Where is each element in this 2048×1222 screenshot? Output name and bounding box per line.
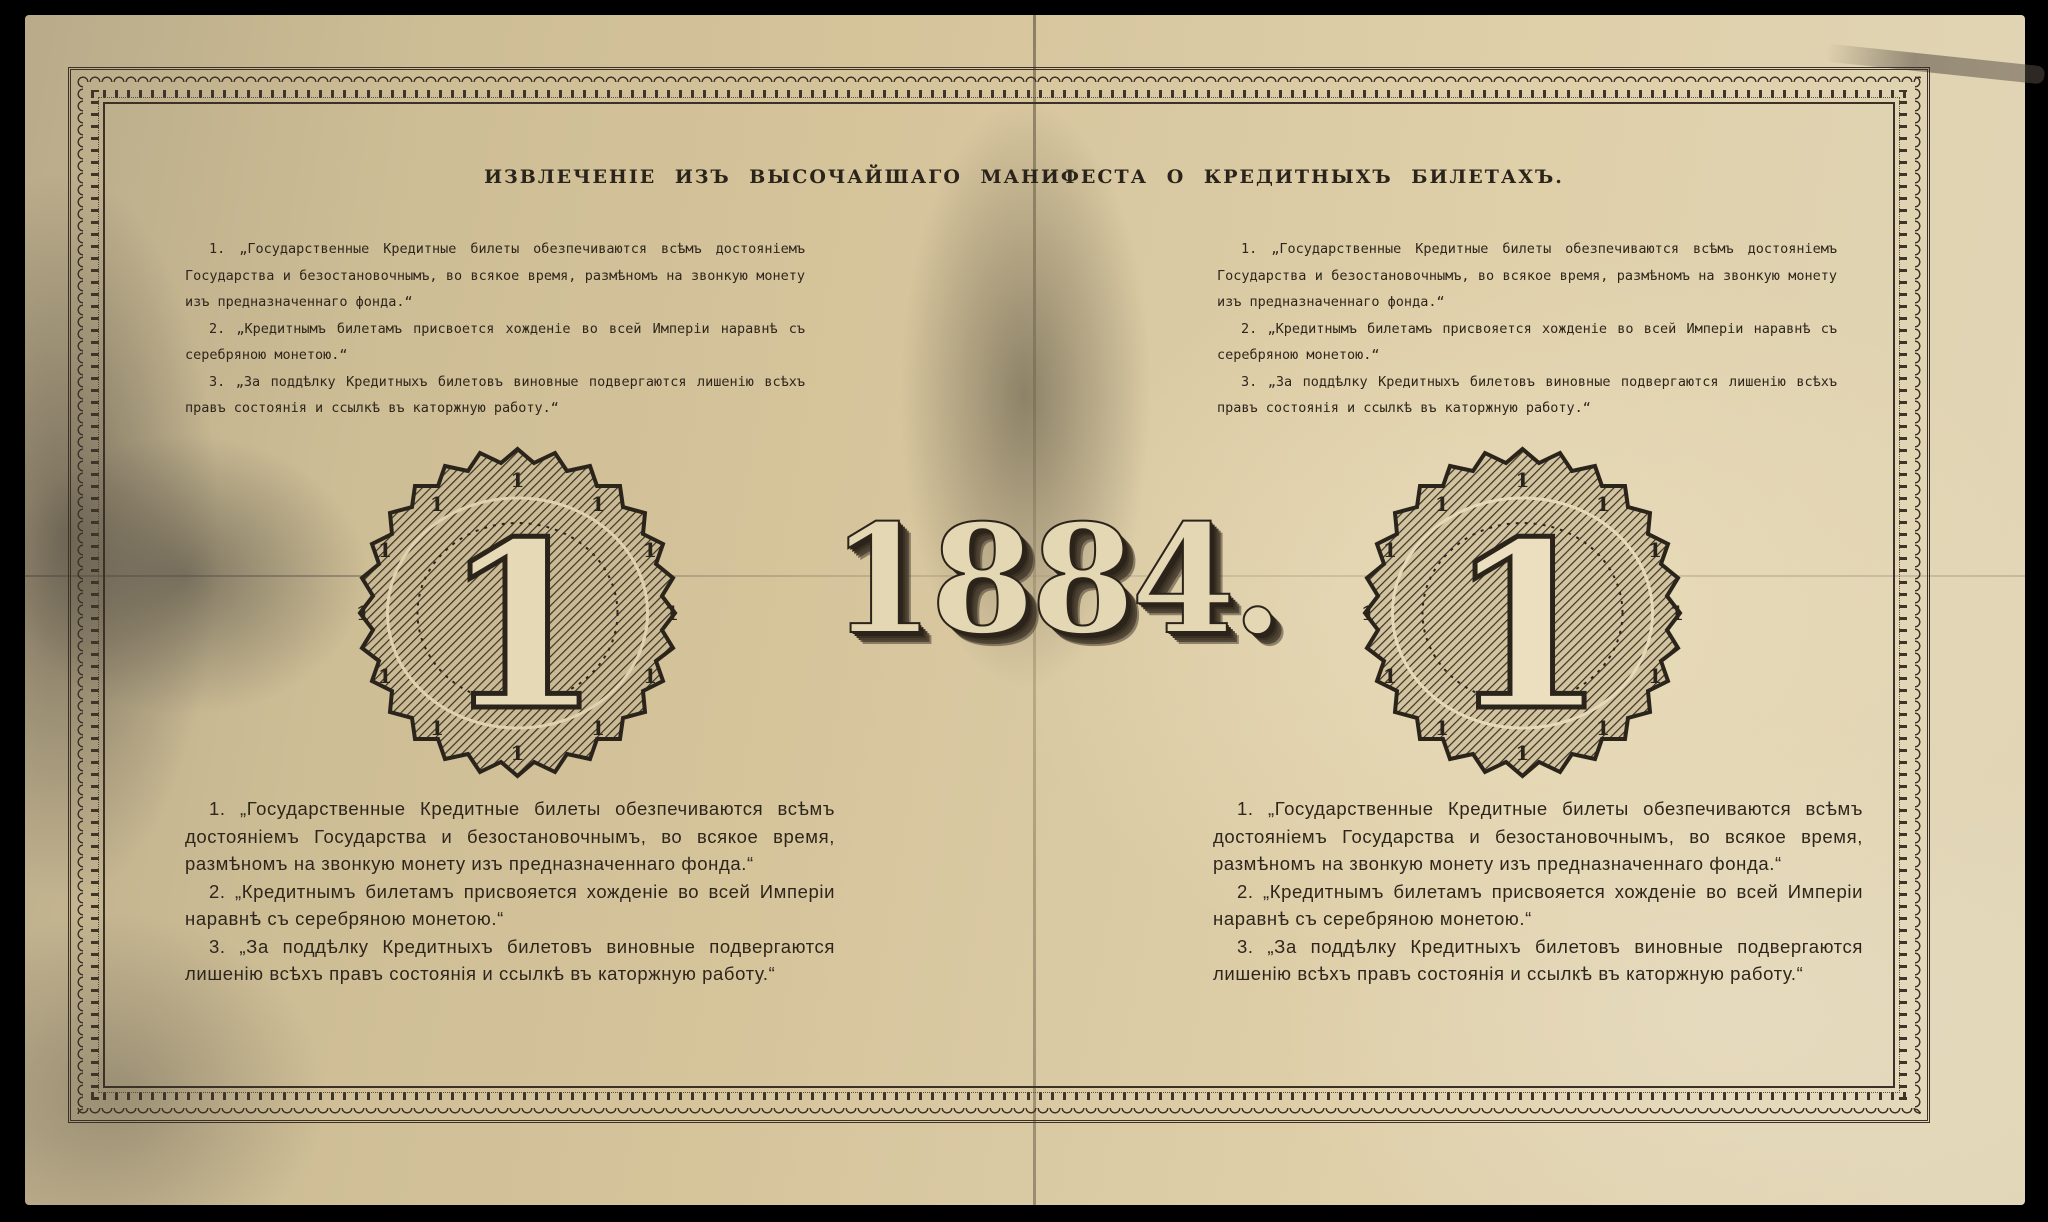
clause-3: 3. „За поддѣлку Кредитныхъ билетовъ вино… (185, 369, 805, 422)
svg-text:1: 1 (1361, 601, 1375, 625)
clause-3: 3. „За поддѣлку Кредитныхъ билетовъ вино… (1213, 933, 1863, 988)
svg-text:1: 1 (378, 538, 392, 562)
svg-text:1: 1 (1648, 664, 1662, 688)
clause-3: 3. „За поддѣлку Кредитныхъ билетовъ вино… (1217, 369, 1837, 422)
svg-text:1: 1 (1447, 492, 1607, 762)
svg-text:1: 1 (1383, 538, 1397, 562)
svg-text:1: 1 (378, 664, 392, 688)
svg-text:1: 1 (1648, 538, 1662, 562)
clause-1: 1. „Государственные Кредитные билеты обе… (1213, 795, 1863, 878)
svg-text:1: 1 (1516, 468, 1530, 492)
border-scallop-top (77, 72, 1921, 82)
rosette-one-icon: 111 111 111 111 1 (1325, 445, 1720, 780)
border-scallop-left (73, 76, 83, 1114)
clause-2: 2. „Кредитнымъ билетамъ присвояется хожд… (1217, 316, 1837, 369)
svg-text:1: 1 (356, 601, 370, 625)
clause-2: 2. „Кредитнымъ билетамъ присвояется хожд… (1213, 878, 1863, 933)
svg-text:1: 1 (643, 664, 657, 688)
manifesto-title: ИЗВЛЕЧЕНІЕ ИЗЪ ВЫСОЧАЙШАГО МАНИФЕСТА О К… (0, 166, 2048, 188)
text-block-top-left: 1. „Государственные Кредитные билеты обе… (185, 236, 805, 422)
denomination-medallion-left: 111 111 111 111 1 (320, 445, 715, 780)
text-block-bottom-left: 1. „Государственные Кредитные билеты обе… (185, 795, 835, 988)
svg-text:1: 1 (511, 468, 525, 492)
svg-text:1: 1 (1383, 664, 1397, 688)
denomination-medallion-right: 111 111 111 111 1 (1325, 445, 1720, 780)
clause-3: 3. „За поддѣлку Кредитныхъ билетовъ вино… (185, 933, 835, 988)
rosette-one-icon: 111 111 111 111 1 (320, 445, 715, 780)
border-scallop-bottom (77, 1108, 1921, 1118)
clause-1: 1. „Государственные Кредитные билеты обе… (185, 795, 835, 878)
clause-1: 1. „Государственные Кредитные билеты обе… (185, 236, 805, 316)
border-scallop-right (1915, 76, 1925, 1114)
issue-year: 1884. (830, 500, 1250, 660)
svg-text:1: 1 (643, 538, 657, 562)
clause-1: 1. „Государственные Кредитные билеты обе… (1217, 236, 1837, 316)
svg-text:1: 1 (665, 601, 679, 625)
text-block-top-right: 1. „Государственные Кредитные билеты обе… (1217, 236, 1837, 422)
clause-2: 2. „Кредитнымъ билетамъ присвояется хожд… (185, 878, 835, 933)
svg-text:1: 1 (1670, 601, 1684, 625)
svg-text:1: 1 (442, 492, 602, 762)
text-block-bottom-right: 1. „Государственные Кредитные билеты обе… (1213, 795, 1863, 988)
clause-2: 2. „Кредитнымъ билетамъ присвоется хожде… (185, 316, 805, 369)
